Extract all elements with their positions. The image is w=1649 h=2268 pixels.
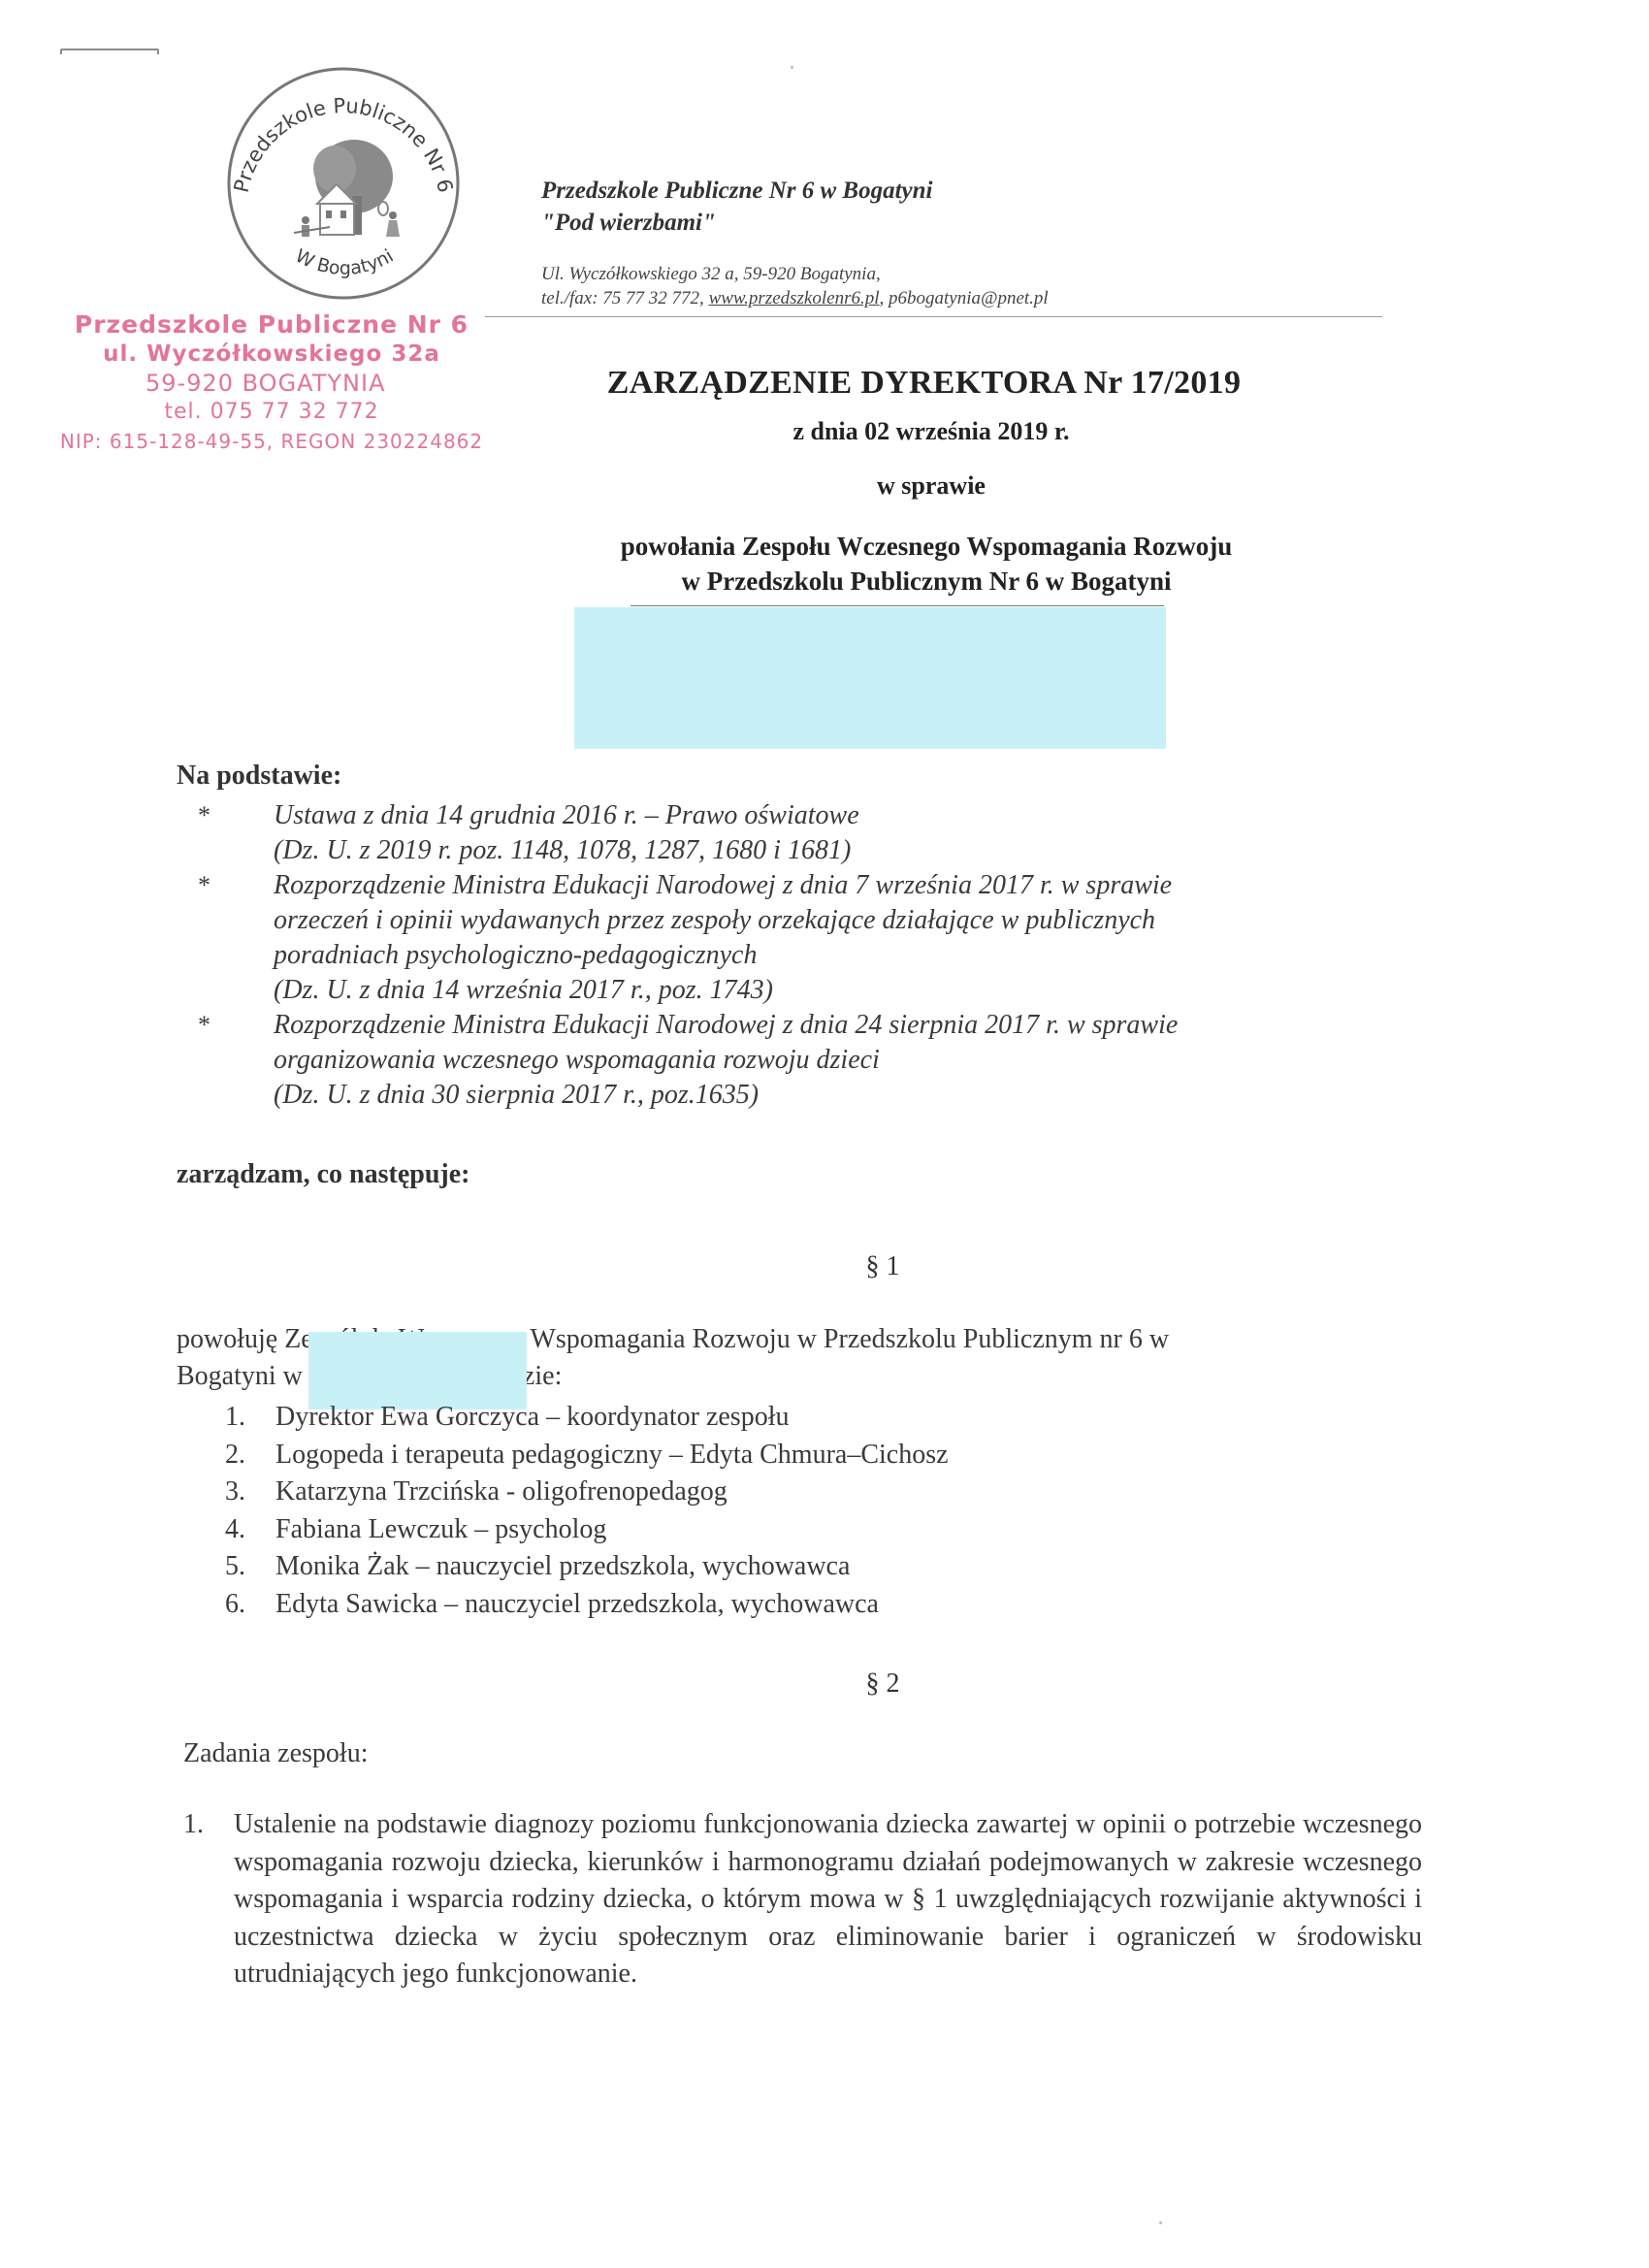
legal-basis-heading: Na podstawie:	[177, 761, 341, 792]
school-logo-stamp: Przedszkole Publiczne Nr 6 W Bogatyni	[209, 60, 478, 303]
team-member: 1.Dyrektor Ewa Gorczyca – koordynator ze…	[225, 1399, 949, 1437]
legal-basis-list: *Ustawa z dnia 14 grudnia 2016 r. – Praw…	[177, 798, 1438, 1113]
member-text: Dyrektor Ewa Gorczyca – koordynator zesp…	[275, 1402, 789, 1432]
member-number: 1.	[225, 1399, 275, 1437]
decree-date: z dnia 02 września 2019 r.	[0, 417, 1649, 446]
team-member: 2.Logopeda i terapeuta pedagogiczny – Ed…	[225, 1437, 949, 1474]
logo-ring-text-bottom: W Bogatyni	[292, 245, 398, 279]
redaction-block	[308, 1332, 527, 1409]
task-text: Ustalenie na podstawie diagnozy poziomu …	[234, 1809, 1422, 1989]
school-address: Ul. Wyczółkowskiego 32 a, 59-920 Bogatyn…	[541, 264, 881, 285]
separator: ,	[880, 288, 889, 308]
member-text: Fabiana Lewczuk – psycholog	[275, 1514, 606, 1544]
tree-house-icon	[294, 140, 400, 237]
school-motto: "Pod wierzbami"	[541, 210, 716, 237]
team-member: 3.Katarzyna Trzcińska - oligofrenopedago…	[225, 1474, 949, 1511]
section-1-heading: § 1	[0, 1251, 1649, 1282]
legal-basis-line: organizowania wczesnego wspomagania rozw…	[274, 1043, 1438, 1078]
team-member: 5.Monika Żak – nauczyciel przedszkola, w…	[225, 1548, 949, 1586]
decree-subject-line-2: w Przedszkolu Publicznym Nr 6 w Bogatyni	[0, 567, 1649, 597]
team-member: 6.Edyta Sawicka – nauczyciel przedszkola…	[225, 1586, 949, 1624]
legal-basis-line: poradniach psychologiczno-pedagogicznych	[274, 938, 1438, 973]
decree-subject-line-1: powołania Zespołu Wczesnego Wspomagania …	[0, 532, 1649, 562]
tasks-list: 1.Ustalenie na podstawie diagnozy poziom…	[183, 1806, 1422, 1993]
header-divider	[485, 316, 1382, 317]
asterisk-bullet-icon: *	[198, 798, 210, 833]
subject-underline	[630, 605, 1164, 606]
section-2-heading: § 2	[0, 1669, 1649, 1700]
website-link[interactable]: www.przedszkolenr6.pl	[709, 288, 880, 308]
legal-basis-line: Ustawa z dnia 14 grudnia 2016 r. – Prawo…	[274, 798, 1438, 833]
svg-text:W Bogatyni: W Bogatyni	[292, 245, 398, 279]
decree-intro: zarządzam, co następuje:	[177, 1159, 469, 1190]
member-number: 5.	[225, 1548, 275, 1586]
decree-regarding: w sprawie	[0, 471, 1649, 501]
team-members-list: 1.Dyrektor Ewa Gorczyca – koordynator ze…	[225, 1399, 949, 1623]
school-contact: tel./fax: 75 77 32 772, www.przedszkolen…	[541, 288, 1049, 309]
member-text: Edyta Sawicka – nauczyciel przedszkola, …	[275, 1589, 879, 1619]
stamp-line-1: Przedszkole Publiczne Nr 6	[39, 310, 504, 340]
member-text: Katarzyna Trzcińska - oligofrenopedagog	[275, 1476, 727, 1507]
asterisk-bullet-icon: *	[198, 868, 210, 903]
legal-basis-line: Rozporządzenie Ministra Edukacji Narodow…	[274, 1008, 1438, 1043]
scan-speck	[1159, 2221, 1162, 2224]
legal-basis-line: (Dz. U. z 2019 r. poz. 1148, 1078, 1287,…	[274, 833, 1438, 868]
legal-basis-item: *Rozporządzenie Ministra Edukacji Narodo…	[177, 1008, 1438, 1113]
member-number: 3.	[225, 1474, 275, 1511]
task-number: 1.	[183, 1806, 204, 1844]
redaction-block	[574, 607, 1166, 749]
member-number: 2.	[225, 1437, 275, 1474]
task-item: 1.Ustalenie na podstawie diagnozy poziom…	[183, 1806, 1422, 1993]
decree-title: ZARZĄDZENIE DYREKTORA Nr 17/2019	[0, 365, 1649, 402]
school-name: Przedszkole Publiczne Nr 6 w Bogatyni	[541, 178, 933, 205]
legal-basis-line: (Dz. U. z dnia 14 września 2017 r., poz.…	[274, 973, 1438, 1008]
member-text: Monika Żak – nauczyciel przedszkola, wyc…	[275, 1551, 850, 1581]
scan-corner-mark	[60, 49, 159, 54]
team-member: 4.Fabiana Lewczuk – psycholog	[225, 1511, 949, 1549]
member-number: 4.	[225, 1511, 275, 1549]
legal-basis-line: (Dz. U. z dnia 30 sierpnia 2017 r., poz.…	[274, 1078, 1438, 1113]
legal-basis-line: orzeczeń i opinii wydawanych przez zespo…	[274, 903, 1438, 938]
email-address[interactable]: p6bogatynia@pnet.pl	[889, 288, 1049, 308]
legal-basis-item: *Ustawa z dnia 14 grudnia 2016 r. – Praw…	[177, 798, 1438, 868]
tasks-heading: Zadania zespołu:	[183, 1738, 368, 1769]
member-number: 6.	[225, 1586, 275, 1624]
scan-speck	[791, 66, 793, 69]
asterisk-bullet-icon: *	[198, 1008, 210, 1043]
legal-basis-item: *Rozporządzenie Ministra Edukacji Narodo…	[177, 868, 1438, 1008]
member-text: Logopeda i terapeuta pedagogiczny – Edyt…	[275, 1440, 949, 1470]
legal-basis-line: Rozporządzenie Ministra Edukacji Narodow…	[274, 868, 1438, 903]
phone-fax: tel./fax: 75 77 32 772,	[541, 288, 709, 308]
